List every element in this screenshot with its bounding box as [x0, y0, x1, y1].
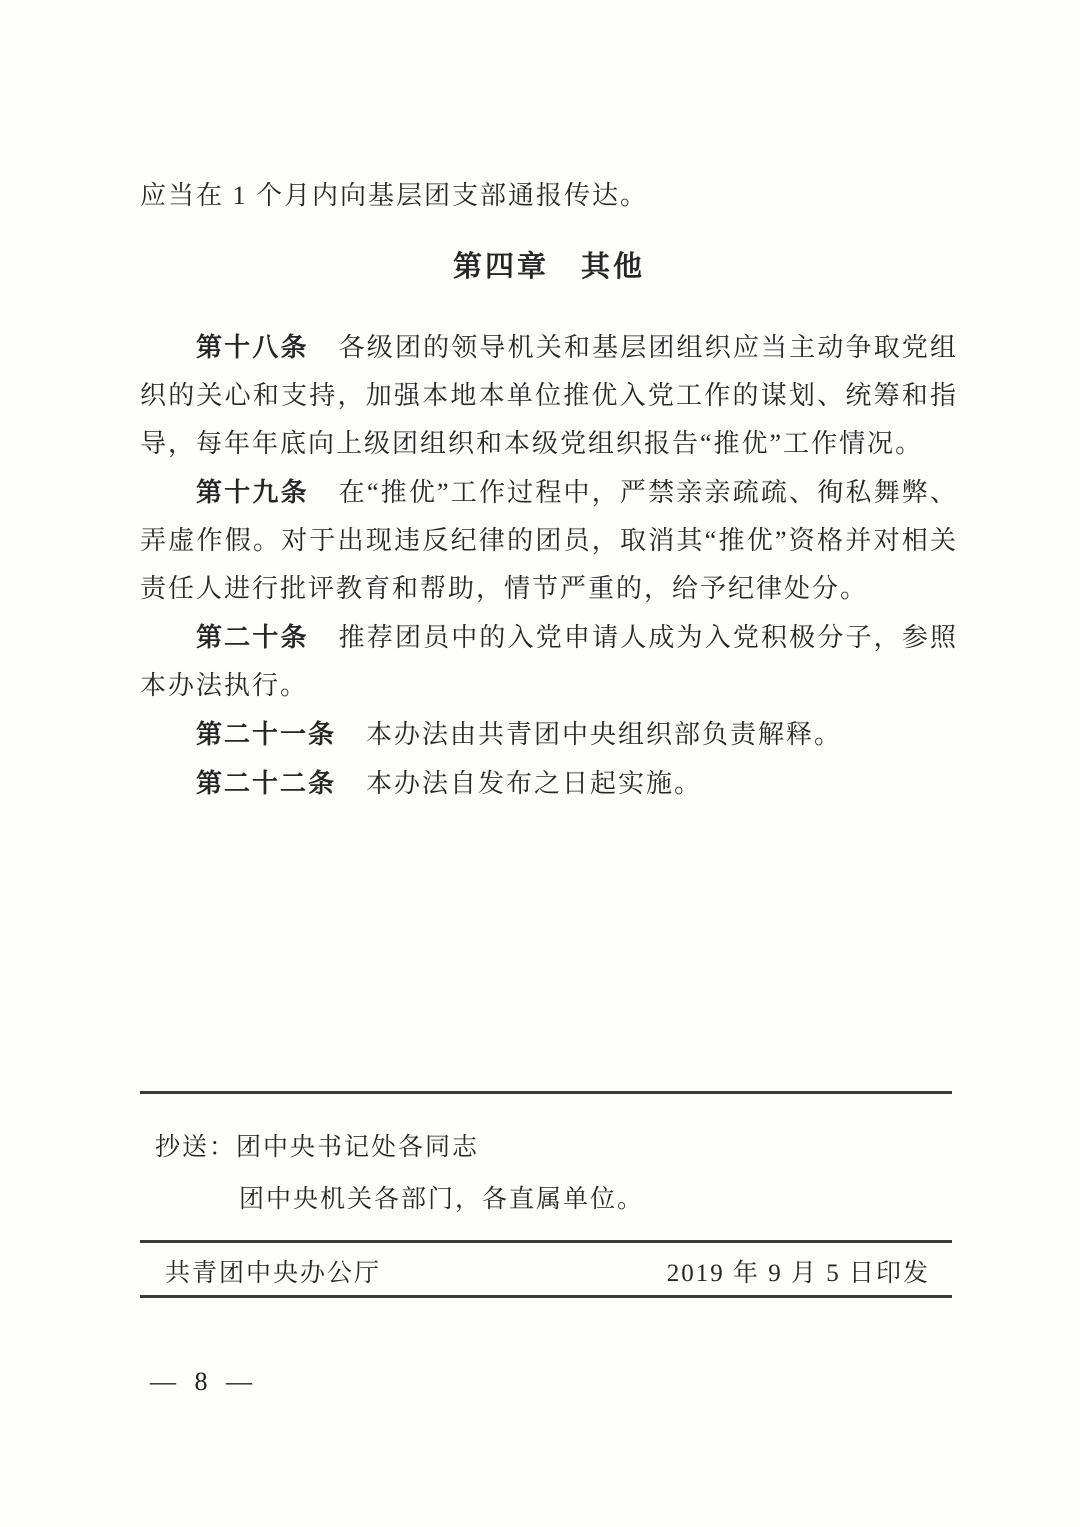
footer-separator-top — [140, 1091, 952, 1094]
article-21-title: 第二十一条 — [196, 719, 336, 749]
copy-distribution-line-2: 团中央机关各部门，各直属单位。 — [155, 1174, 935, 1226]
article-21-text: 本办法由共青团中央组织部负责解释。 — [366, 720, 842, 749]
footer-separator-middle — [140, 1240, 952, 1243]
carryover-paragraph-line: 应当在 1 个月内向基层团支部通报传达。 — [140, 172, 958, 220]
document-page: 应当在 1 个月内向基层团支部通报传达。 第四章 其他 第十八条各级团的领导机关… — [0, 0, 1080, 1527]
article-18-title: 第十八条 — [196, 332, 309, 362]
article-19-title: 第十九条 — [196, 477, 309, 507]
copy-distribution-recipient-1: 团中央书记处各同志 — [236, 1134, 479, 1161]
chapter-heading: 第四章 其他 — [140, 243, 958, 291]
article-21: 第二十一条本办法由共青团中央组织部负责解释。 — [140, 710, 958, 759]
copy-distribution-block: 抄送：团中央书记处各同志 团中央机关各部门，各直属单位。 — [155, 1122, 935, 1226]
page-number: — 8 — — [150, 1362, 258, 1402]
article-19: 第十九条在“推优”工作过程中，严禁亲亲疏疏、徇私舞弊、弄虚作假。对于出现违反纪律… — [140, 468, 958, 613]
article-18: 第十八条各级团的领导机关和基层团组织应当主动争取党组织的关心和支持，加强本地本单… — [140, 323, 958, 468]
article-20: 第二十条推荐团员中的入党申请人成为入党积极分子，参照本办法执行。 — [140, 613, 958, 710]
issuer-row: 共青团中央办公厅 2019 年 9 月 5 日印发 — [165, 1250, 930, 1298]
issuing-office: 共青团中央办公厅 — [165, 1250, 381, 1298]
footer-separator-bottom — [140, 1295, 952, 1298]
print-date: 2019 年 9 月 5 日印发 — [667, 1250, 930, 1298]
article-20-title: 第二十条 — [196, 622, 309, 652]
document-body: 应当在 1 个月内向基层团支部通报传达。 第四章 其他 第十八条各级团的领导机关… — [140, 172, 958, 808]
copy-distribution-line-1: 抄送：团中央书记处各同志 — [155, 1122, 935, 1174]
article-22-title: 第二十二条 — [196, 768, 336, 798]
article-22: 第二十二条本办法自发布之日起实施。 — [140, 759, 958, 808]
copy-distribution-label: 抄送： — [155, 1134, 236, 1161]
article-22-text: 本办法自发布之日起实施。 — [366, 769, 702, 798]
